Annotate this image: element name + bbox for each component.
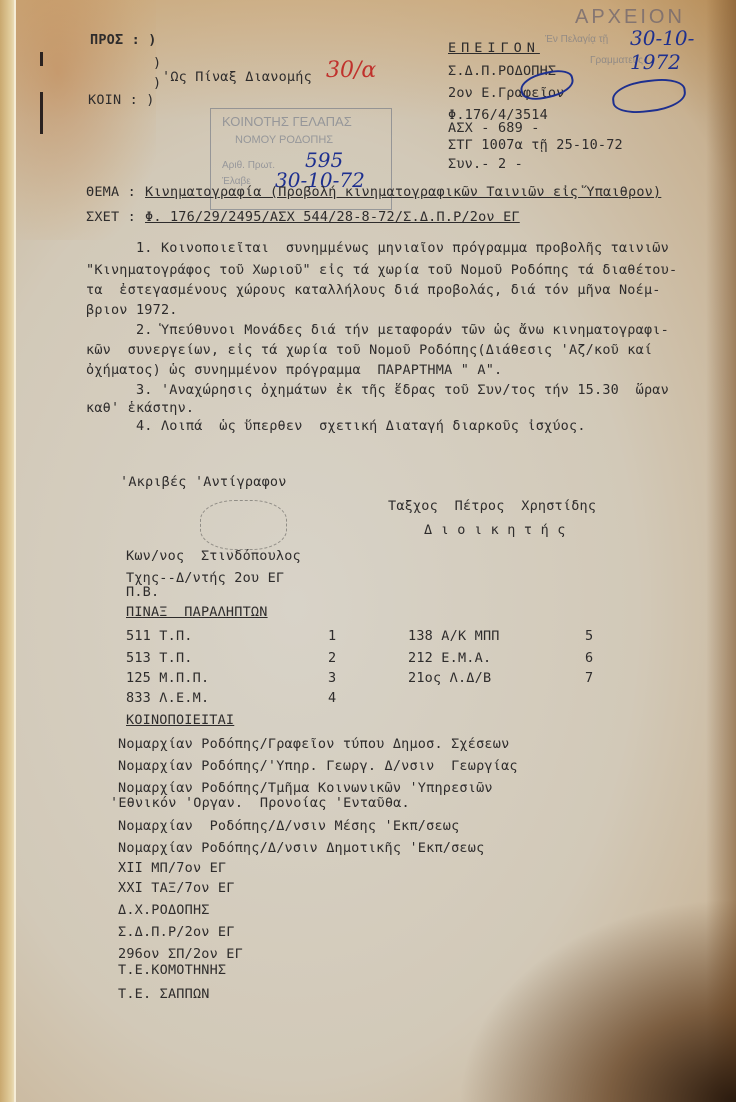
true-copy-label: 'Ακριβές 'Αντίγραφον	[120, 474, 287, 490]
notification-item: Νομαρχίαν Ροδόπης/Δ/νσιν Δημοτικῆς 'Εκπ/…	[118, 840, 484, 856]
recipient-unit: 138 Α/Κ ΜΠΠ	[408, 628, 500, 644]
body-line: 4. Λοιπά ὡς ὕπερθεν σχετική Διαταγή διαρ…	[86, 418, 586, 434]
body-line: "Κινηματογράφος τοῦ Χωριοῦ" εἰς τά χωρία…	[86, 262, 677, 278]
notification-item: Νομαρχίαν Ροδόπης/Γραφεῖον τύπου Δημοσ. …	[118, 736, 509, 752]
to-paren: )	[153, 55, 161, 71]
enclosures: Συν.- 2 -	[448, 156, 523, 172]
copy-signer-title2: Π.Β.	[126, 584, 159, 600]
recipient-unit: 511 Τ.Π.	[126, 628, 193, 644]
notification-item: Νομαρχίαν Ροδόπης/Τμῆμα Κοινωνικῶν 'Υπηρ…	[118, 780, 493, 796]
stg-number: ΣΤΓ 1007α τῇ 25-10-72	[448, 137, 623, 153]
body-line: 1. Κοινοποιεῖται συνημμένως μηνιαῖον πρό…	[86, 240, 669, 256]
staple-icon	[40, 92, 43, 134]
registry-stamp-line1: ΚΟΙΝΟΤΗΣ ΓΕΛΑΠΑΣ	[222, 114, 352, 129]
notification-item: Νομαρχίαν Ροδόπης/'Υπηρ. Γεωργ. Δ/νσιν Γ…	[118, 758, 518, 774]
recipients-title: ΠΙΝΑΞ ΠΑΡΑΛΗΠΤΩΝ	[126, 604, 268, 620]
body-line: βριον 1972.	[86, 302, 178, 318]
subject-text: Κινηματογραφία (Προβολή κινηματογραφικῶν…	[145, 184, 661, 200]
copy-seal-icon	[200, 500, 287, 550]
notification-item: Τ.Ε.ΚΟΜΟΤΗΝΗΣ	[118, 962, 226, 978]
recipient-num: 5	[585, 628, 593, 644]
notification-item: Τ.Ε. ΣΑΠΠΩΝ	[118, 986, 210, 1002]
recipient-num: 2	[328, 650, 336, 666]
notification-item: Σ.Δ.Π.Ρ/2ον ΕΓ	[118, 924, 235, 940]
notification-item: XXI ΤΑΞ/7ον ΕΓ	[118, 880, 235, 896]
page-shadow-corner	[436, 882, 736, 1102]
recipient-num: 1	[328, 628, 336, 644]
body-line: 3. 'Αναχώρησις ὀχημάτων ἐκ τῆς ἕδρας τοῦ…	[86, 382, 669, 398]
notification-item: Νομαρχίαν Ροδόπης/Δ/νσιν Μέσης 'Εκπ/σεως	[118, 818, 459, 834]
recipient-unit: 513 Τ.Π.	[126, 650, 193, 666]
recipient-unit: 21ος Λ.Δ/Β	[408, 670, 491, 686]
notification-item: 296ον ΣΠ/2ον ΕΓ	[118, 946, 243, 962]
recipient-num: 3	[328, 670, 336, 686]
handwritten-reference: 30/α	[326, 58, 376, 83]
commander-name: Ταξχος Πέτρος Χρηστίδης	[388, 498, 596, 514]
body-line: καθ' ἑκάστην.	[86, 400, 194, 416]
to-value: 'Ως Πίναξ Διανομής	[162, 69, 312, 85]
urgency-classification: ΕΠΕΙΓΟΝ	[448, 40, 540, 56]
archive-stamp-place: Έν Πελαγίᾳ τῇ	[545, 34, 608, 45]
recipient-num: 4	[328, 690, 336, 706]
recipient-unit: 833 Λ.Ε.Μ.	[126, 690, 209, 706]
registry-stamp-line2: ΝΟΜΟΥ ΡΟΔΟΠΗΣ	[235, 134, 333, 146]
notification-item: Δ.Χ.ΡΟΔΟΠΗΣ	[118, 902, 210, 918]
to-paren: )	[153, 75, 161, 91]
body-line: ὀχήματος) ὡς συνημμένον πρόγραμμα ΠΑΡΑΡΤ…	[86, 362, 502, 378]
body-line: κῶν συνεργείων, εἰς τά χωρία τοῦ Νομοῦ Ρ…	[86, 342, 652, 358]
to-label: ΠΡΟΣ : )	[90, 32, 157, 48]
notification-item: 'Εθνικόν 'Οργαν. Προνοίας 'Ενταῦθα.	[110, 795, 410, 811]
notification-title: ΚΟΙΝΟΠΟΙΕΙΤΑΙ	[126, 712, 234, 728]
body-line: 2. Ὑπεύθυνοι Μονάδες διά τήν μεταφοράν τ…	[86, 322, 669, 338]
cc-label: ΚΟΙΝ : )	[88, 92, 155, 108]
subject-label: ΘΕΜΑ :	[86, 184, 136, 200]
body-line: τα ἐστεγασμένους χώρους καταλλήλους διά …	[86, 282, 661, 298]
asx-number: ΑΣΧ - 689 -	[448, 120, 540, 136]
recipient-unit: 125 Μ.Π.Π.	[126, 670, 209, 686]
staple-hole-icon	[40, 52, 43, 66]
reference-text: Φ. 176/29/2495/ΑΣΧ 544/28-8-72/Σ.Δ.Π.Ρ/2…	[145, 209, 520, 225]
recipient-num: 6	[585, 650, 593, 666]
registry-stamp-line3: Αριθ. Πρωτ.	[222, 160, 275, 171]
page-edge-line	[14, 0, 16, 1102]
recipient-unit: 212 Ε.Μ.Α.	[408, 650, 491, 666]
reference-label: ΣΧΕΤ :	[86, 209, 136, 225]
copy-signer-name: Κων/νος Στινδόπουλος	[126, 548, 301, 564]
archive-date-handwritten: 30-10-1972	[630, 26, 736, 74]
commander-title: Δ ι ο ι κ η τ ή ς	[424, 522, 566, 538]
notification-item: XII ΜΠ/7ον ΕΓ	[118, 860, 226, 876]
recipient-num: 7	[585, 670, 593, 686]
